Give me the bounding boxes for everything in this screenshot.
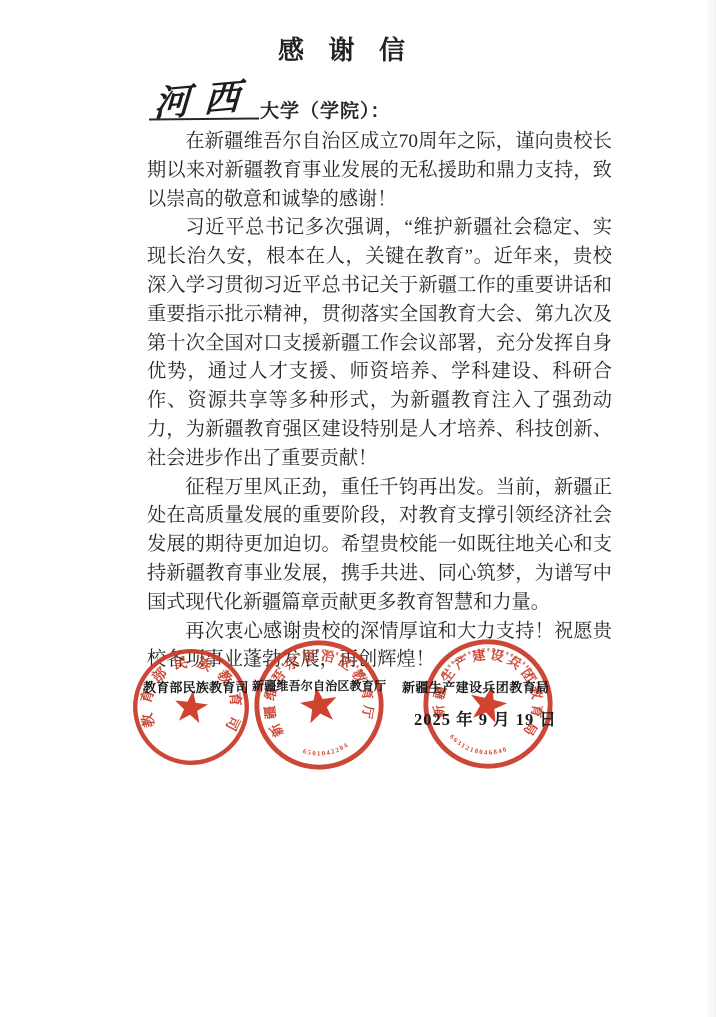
seal-code: 6501042204 [301, 741, 352, 761]
letter-title: 感 谢 信 [0, 30, 692, 67]
svg-text:6501042204: 6501042204 [301, 741, 352, 761]
signer-education-dept: 新疆维吾尔自治区教育厅 [252, 677, 386, 694]
body-paragraph: 征程万里风正劲，重任千钧再出发。当前，新疆正处在高质量发展的重要阶段，对教育支撑… [147, 474, 612, 618]
salutation: 河西 大学（学院）： [0, 70, 716, 130]
body-paragraph: 在新疆维吾尔自治区成立70周年之际，谨向贵校长期以来对新疆教育事业发展的无私援助… [147, 128, 612, 214]
page-edge-shadow [706, 0, 716, 1017]
signers-row: 教育部民族教育司 新疆维吾尔自治区教育厅 新疆生产建设兵团教育局 [0, 677, 716, 697]
letter-body: 在新疆维吾尔自治区成立70周年之际，谨向贵校长期以来对新疆教育事业发展的无私援助… [147, 128, 612, 675]
letter-date: 2025 年 9 月 19 日 [414, 706, 557, 730]
signer-ministry: 教育部民族教育司 [143, 677, 249, 696]
signer-education-bureau: 新疆生产建设兵团教育局 [402, 677, 549, 696]
salutation-label: 大学（学院）： [260, 96, 391, 123]
official-seal-bingtuan-education-bureau: 新疆生产建设兵团教育局 6631218046840 [406, 622, 569, 785]
official-seal-xinjiang-education-dept: 新疆维吾尔自治区教育厅 6501042204 [241, 627, 397, 783]
body-paragraph: 习近平总书记多次强调，“维护新疆社会稳定、实现长治久安，根本在人，关键在教育”。… [147, 214, 612, 473]
official-seal-ministry: 教育部民族教育司 [123, 639, 259, 775]
